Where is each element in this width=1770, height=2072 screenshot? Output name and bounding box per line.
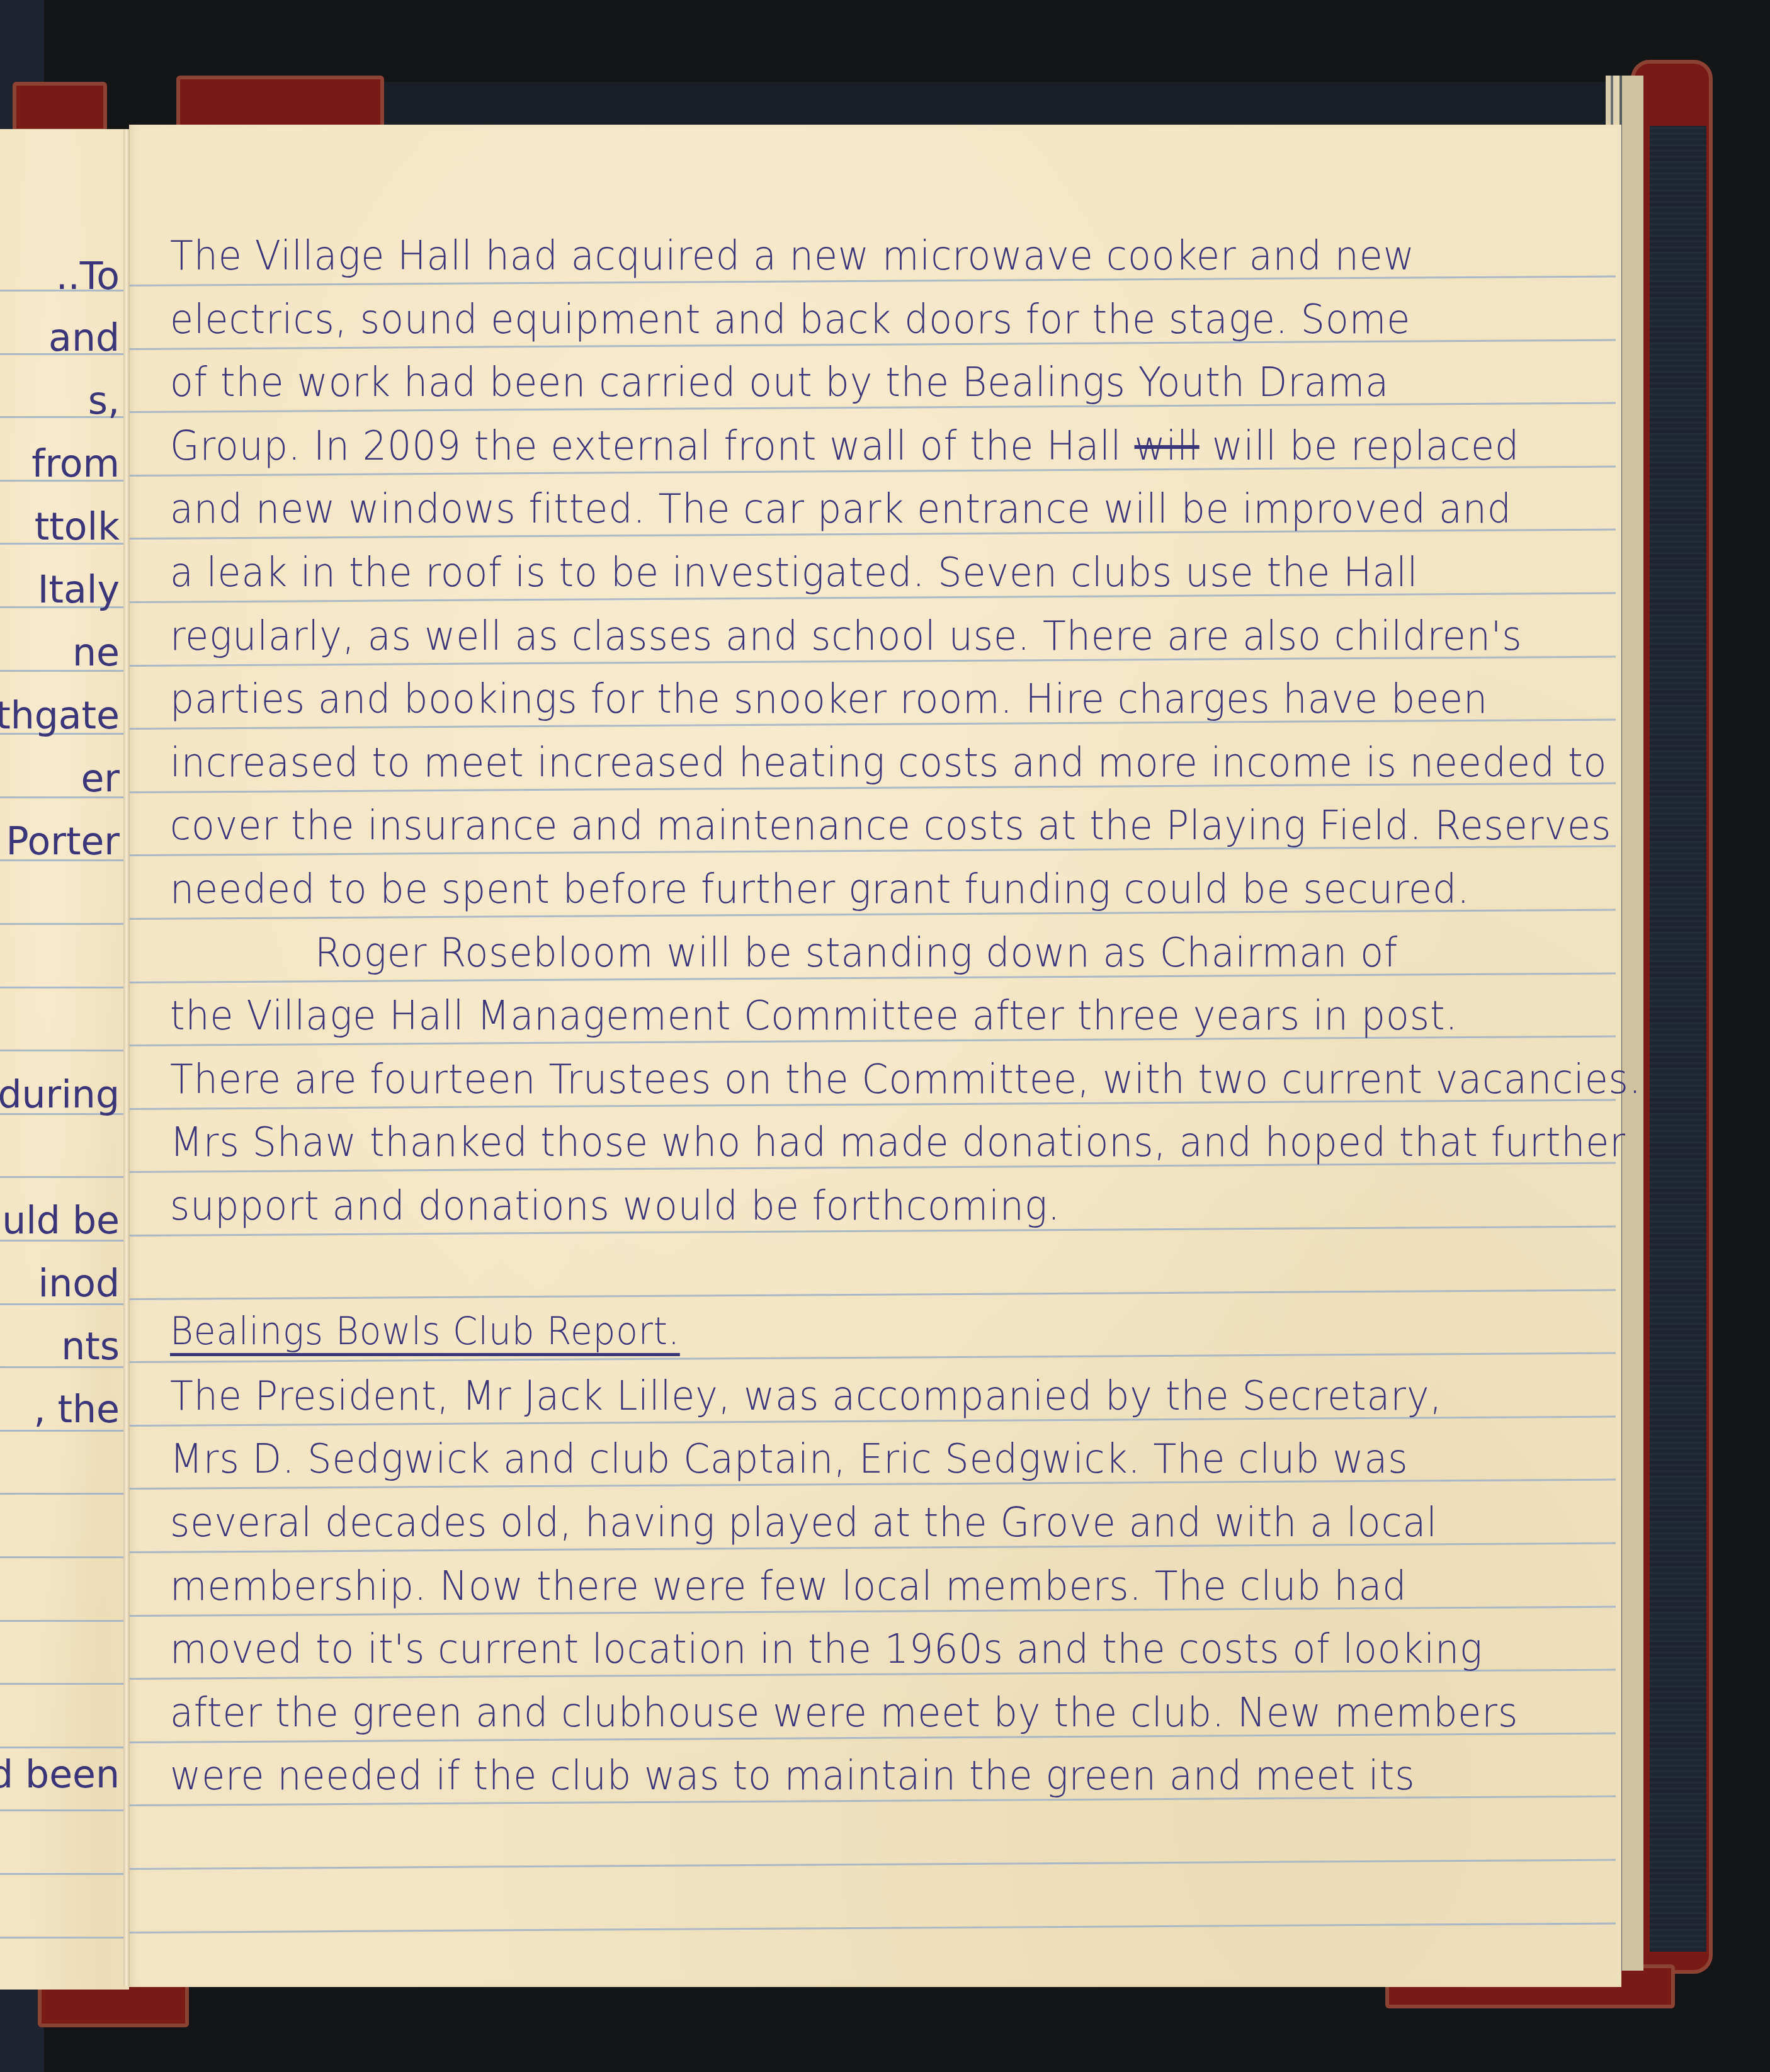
left-page-fragment: er xyxy=(81,757,120,801)
handwritten-line: needed to be spent before further grant … xyxy=(170,866,1470,913)
handwritten-line: support and donations would be forthcomi… xyxy=(170,1183,1060,1230)
rule-line xyxy=(0,923,123,925)
rule-line xyxy=(0,1873,123,1875)
struck-word: will xyxy=(1135,423,1200,470)
handwritten-line: Roger Rosebloom will be standing down as… xyxy=(315,930,1398,977)
left-page-fragment: thgate xyxy=(0,694,120,738)
left-page-fragment: ne xyxy=(72,631,120,675)
left-page-fragment: during xyxy=(0,1073,120,1117)
rule-line xyxy=(0,1746,123,1748)
handwritten-line: regularly, as well as classes and school… xyxy=(170,613,1523,660)
handwritten-line: The Village Hall had acquired a new micr… xyxy=(170,233,1415,280)
left-page-fragment: from xyxy=(31,442,120,486)
rule-line xyxy=(0,1620,123,1622)
rule-line xyxy=(0,1683,123,1685)
handwritten-line: were needed if the club was to maintain … xyxy=(170,1753,1415,1799)
left-page-fragment: nts xyxy=(61,1325,120,1369)
rule-line xyxy=(0,1809,123,1811)
leather-corner-top-left xyxy=(13,82,107,132)
rule-line xyxy=(0,987,123,988)
handwritten-line: Mrs D. Sedgwick and club Captain, Eric S… xyxy=(170,1436,1408,1483)
rule-line xyxy=(0,1493,123,1495)
rule-line xyxy=(0,1556,123,1558)
left-page-fragment: Italy xyxy=(38,568,120,612)
handwritten-line: There are fourteen Trustees on the Commi… xyxy=(170,1056,1642,1103)
left-page-fragment: ..To xyxy=(56,254,120,298)
handwritten-line: The President, Mr Jack Lilley, was accom… xyxy=(170,1373,1443,1420)
book-cloth-right xyxy=(1650,126,1706,1952)
left-page-fragment: inod xyxy=(38,1262,120,1306)
left-page-fragment: ould be xyxy=(0,1199,120,1243)
left-page-fragment: Porter xyxy=(6,820,120,864)
handwritten-line: several decades old, having played at th… xyxy=(170,1500,1438,1546)
handwritten-line: Group. In 2009 the external front wall o… xyxy=(170,423,1519,470)
section-heading: Bealings Bowls Club Report. xyxy=(170,1310,680,1354)
left-page-fragment: , the xyxy=(33,1388,120,1432)
handwritten-line: a leak in the roof is to be investigated… xyxy=(170,550,1418,596)
handwritten-line: increased to meet increased heating cost… xyxy=(170,740,1607,786)
handwritten-line: after the green and clubhouse were meet … xyxy=(170,1690,1518,1736)
handwritten-line: moved to it's current location in the 19… xyxy=(170,1626,1483,1673)
left-page-fragment: s, xyxy=(88,379,120,423)
rule-line xyxy=(0,1176,123,1178)
handwritten-line: the Village Hall Management Committee af… xyxy=(170,993,1458,1039)
page-gutter xyxy=(123,129,130,1986)
handwritten-line: and new windows fitted. The car park ent… xyxy=(170,486,1512,533)
handwritten-line: electrics, sound equipment and back door… xyxy=(170,297,1410,343)
left-page-fragment: and xyxy=(48,316,120,360)
handwritten-line: parties and bookings for the snooker roo… xyxy=(170,676,1488,723)
handwritten-line: of the work had been carried out by the … xyxy=(170,359,1389,406)
handwritten-line: Mrs Shaw thanked those who had made dona… xyxy=(170,1119,1626,1166)
handwritten-line: membership. Now there were few local mem… xyxy=(170,1563,1407,1610)
left-page-fragment: ttolk xyxy=(35,505,120,549)
left-page-fragment: ad been xyxy=(0,1753,120,1797)
book-cloth-top xyxy=(384,82,1643,129)
handwritten-line: cover the insurance and maintenance cost… xyxy=(170,803,1611,849)
rule-line xyxy=(0,1937,123,1939)
rule-line xyxy=(0,1050,123,1051)
leather-edge-top xyxy=(176,76,384,132)
